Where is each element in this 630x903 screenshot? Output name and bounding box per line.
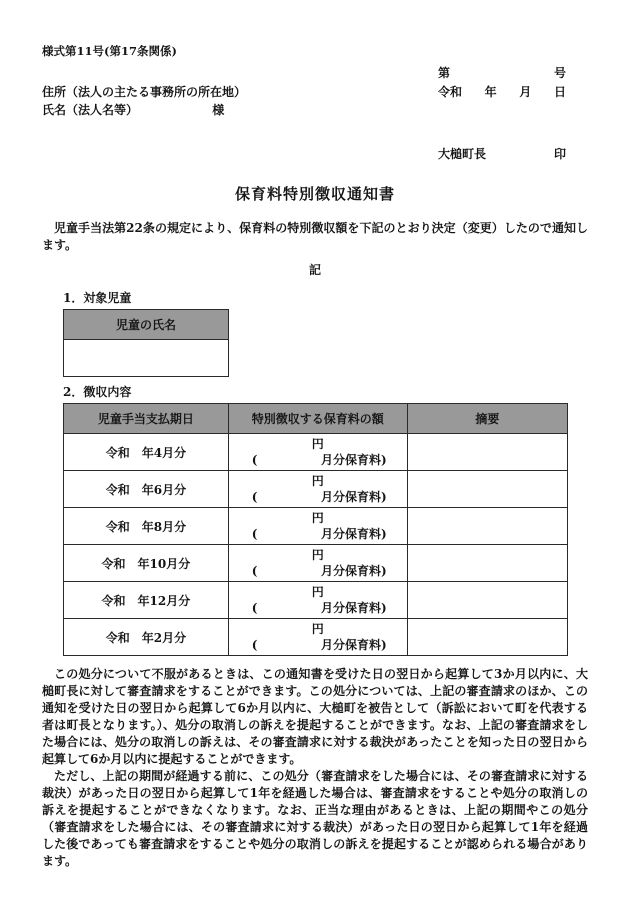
honorific-label: 様 <box>212 103 224 117</box>
table-row: 令和 年4月分 円 ( 月分保育料) <box>64 434 568 471</box>
paren-label: 月分保育料) <box>321 600 387 616</box>
date-day-label: 日 <box>554 84 566 101</box>
paren-label: 月分保育料) <box>321 563 387 579</box>
doc-number-prefix: 第 <box>438 65 450 82</box>
amount-paren-line: ( 月分保育料) <box>229 637 407 653</box>
section1-heading: 1．対象児童 <box>63 291 568 306</box>
paren-label: 月分保育料) <box>321 637 387 653</box>
appeal-paragraph-1: この処分について不服があるときは、この通知書を受けた日の翌日から起算して3か月以… <box>42 666 588 768</box>
name-label: 氏名（法人名等） <box>42 103 138 117</box>
child-name-header: 児童の氏名 <box>64 310 229 340</box>
amount-yen-label: 円 <box>229 584 407 600</box>
section2-heading: 2．徴収内容 <box>63 385 568 400</box>
intro-paragraph: 児童手当法第22条の規定により、保育料の特別徴収額を下記のとおり決定（変更）した… <box>42 220 588 254</box>
amount-paren-line: ( 月分保育料) <box>229 489 407 505</box>
paren-label: 月分保育料) <box>321 526 387 542</box>
payment-period-cell: 令和 年4月分 <box>64 434 229 471</box>
amount-cell: 円 ( 月分保育料) <box>228 471 407 508</box>
address-and-date-row: 住所（法人の主たる事務所の所在地） 令和 年 月 日 <box>42 83 588 101</box>
amount-paren-line: ( 月分保育料) <box>229 563 407 579</box>
amount-cell: 円 ( 月分保育料) <box>228 434 407 471</box>
remarks-cell <box>407 619 567 656</box>
amount-yen-label: 円 <box>229 473 407 489</box>
table-row: 令和 年2月分 円 ( 月分保育料) <box>64 619 568 656</box>
target-children-table: 児童の氏名 <box>63 309 229 377</box>
amount-yen-label: 円 <box>229 621 407 637</box>
amount-header: 特別徴収する保育料の額 <box>228 404 407 434</box>
child-name-cell <box>64 340 229 377</box>
remarks-cell <box>407 508 567 545</box>
page-title: 保育料特別徴収通知書 <box>42 185 588 203</box>
paren-open: ( <box>252 563 258 579</box>
document-page: 様式第11号(第17条関係) 第 号 住所（法人の主たる事務所の所在地） 令和 … <box>0 0 630 903</box>
name-row: 氏名（法人名等） 様 <box>42 101 588 119</box>
payment-period-header: 児童手当支払期日 <box>64 404 229 434</box>
mayor-line: 大槌町長 印 <box>438 146 566 163</box>
date-year-label: 年 <box>485 84 497 101</box>
amount-cell: 円 ( 月分保育料) <box>228 619 407 656</box>
seal-mark: 印 <box>554 146 566 163</box>
remarks-cell <box>407 545 567 582</box>
date-era: 令和 <box>438 84 462 101</box>
table-header-row: 児童の氏名 <box>64 310 229 340</box>
amount-paren-line: ( 月分保育料) <box>229 600 407 616</box>
amount-yen-label: 円 <box>229 547 407 563</box>
paren-label: 月分保育料) <box>321 452 387 468</box>
remarks-cell <box>407 471 567 508</box>
collection-details-table: 児童手当支払期日 特別徴収する保育料の額 摘要 令和 年4月分 円 ( 月分保育… <box>63 403 568 656</box>
date-month-label: 月 <box>519 84 531 101</box>
remarks-header: 摘要 <box>407 404 567 434</box>
payment-period-cell: 令和 年2月分 <box>64 619 229 656</box>
table-row: 令和 年12月分 円 ( 月分保育料) <box>64 582 568 619</box>
amount-paren-line: ( 月分保育料) <box>229 452 407 468</box>
amount-cell: 円 ( 月分保育料) <box>228 508 407 545</box>
amount-yen-label: 円 <box>229 436 407 452</box>
table-row: 令和 年6月分 円 ( 月分保育料) <box>64 471 568 508</box>
amount-yen-label: 円 <box>229 510 407 526</box>
date-line: 令和 年 月 日 <box>438 84 566 101</box>
form-number: 様式第11号(第17条関係) <box>42 44 588 59</box>
table-header-row: 児童手当支払期日 特別徴収する保育料の額 摘要 <box>64 404 568 434</box>
paren-label: 月分保育料) <box>321 489 387 505</box>
paren-open: ( <box>252 452 258 468</box>
paren-open: ( <box>252 637 258 653</box>
mayor-name: 大槌町長 <box>438 146 486 163</box>
table-row <box>64 340 229 377</box>
paren-open: ( <box>252 489 258 505</box>
amount-paren-line: ( 月分保育料) <box>229 526 407 542</box>
payment-period-cell: 令和 年10月分 <box>64 545 229 582</box>
doc-number-suffix: 号 <box>554 65 566 82</box>
appeal-paragraph-2: ただし、上記の期間が経過する前に、この処分（審査請求をした場合には、その審査請求… <box>42 768 588 870</box>
paren-open: ( <box>252 526 258 542</box>
address-label: 住所（法人の主たる事務所の所在地） <box>42 83 246 101</box>
table-row: 令和 年10月分 円 ( 月分保育料) <box>64 545 568 582</box>
ki-marker: 記 <box>42 262 588 278</box>
payment-period-cell: 令和 年8月分 <box>64 508 229 545</box>
paren-open: ( <box>252 600 258 616</box>
appeal-notice: この処分について不服があるときは、この通知書を受けた日の翌日から起算して3か月以… <box>42 666 588 870</box>
amount-cell: 円 ( 月分保育料) <box>228 545 407 582</box>
remarks-cell <box>407 434 567 471</box>
document-number-line: 第 号 <box>438 65 566 82</box>
payment-period-cell: 令和 年12月分 <box>64 582 229 619</box>
remarks-cell <box>407 582 567 619</box>
table-row: 令和 年8月分 円 ( 月分保育料) <box>64 508 568 545</box>
payment-period-cell: 令和 年6月分 <box>64 471 229 508</box>
amount-cell: 円 ( 月分保育料) <box>228 582 407 619</box>
